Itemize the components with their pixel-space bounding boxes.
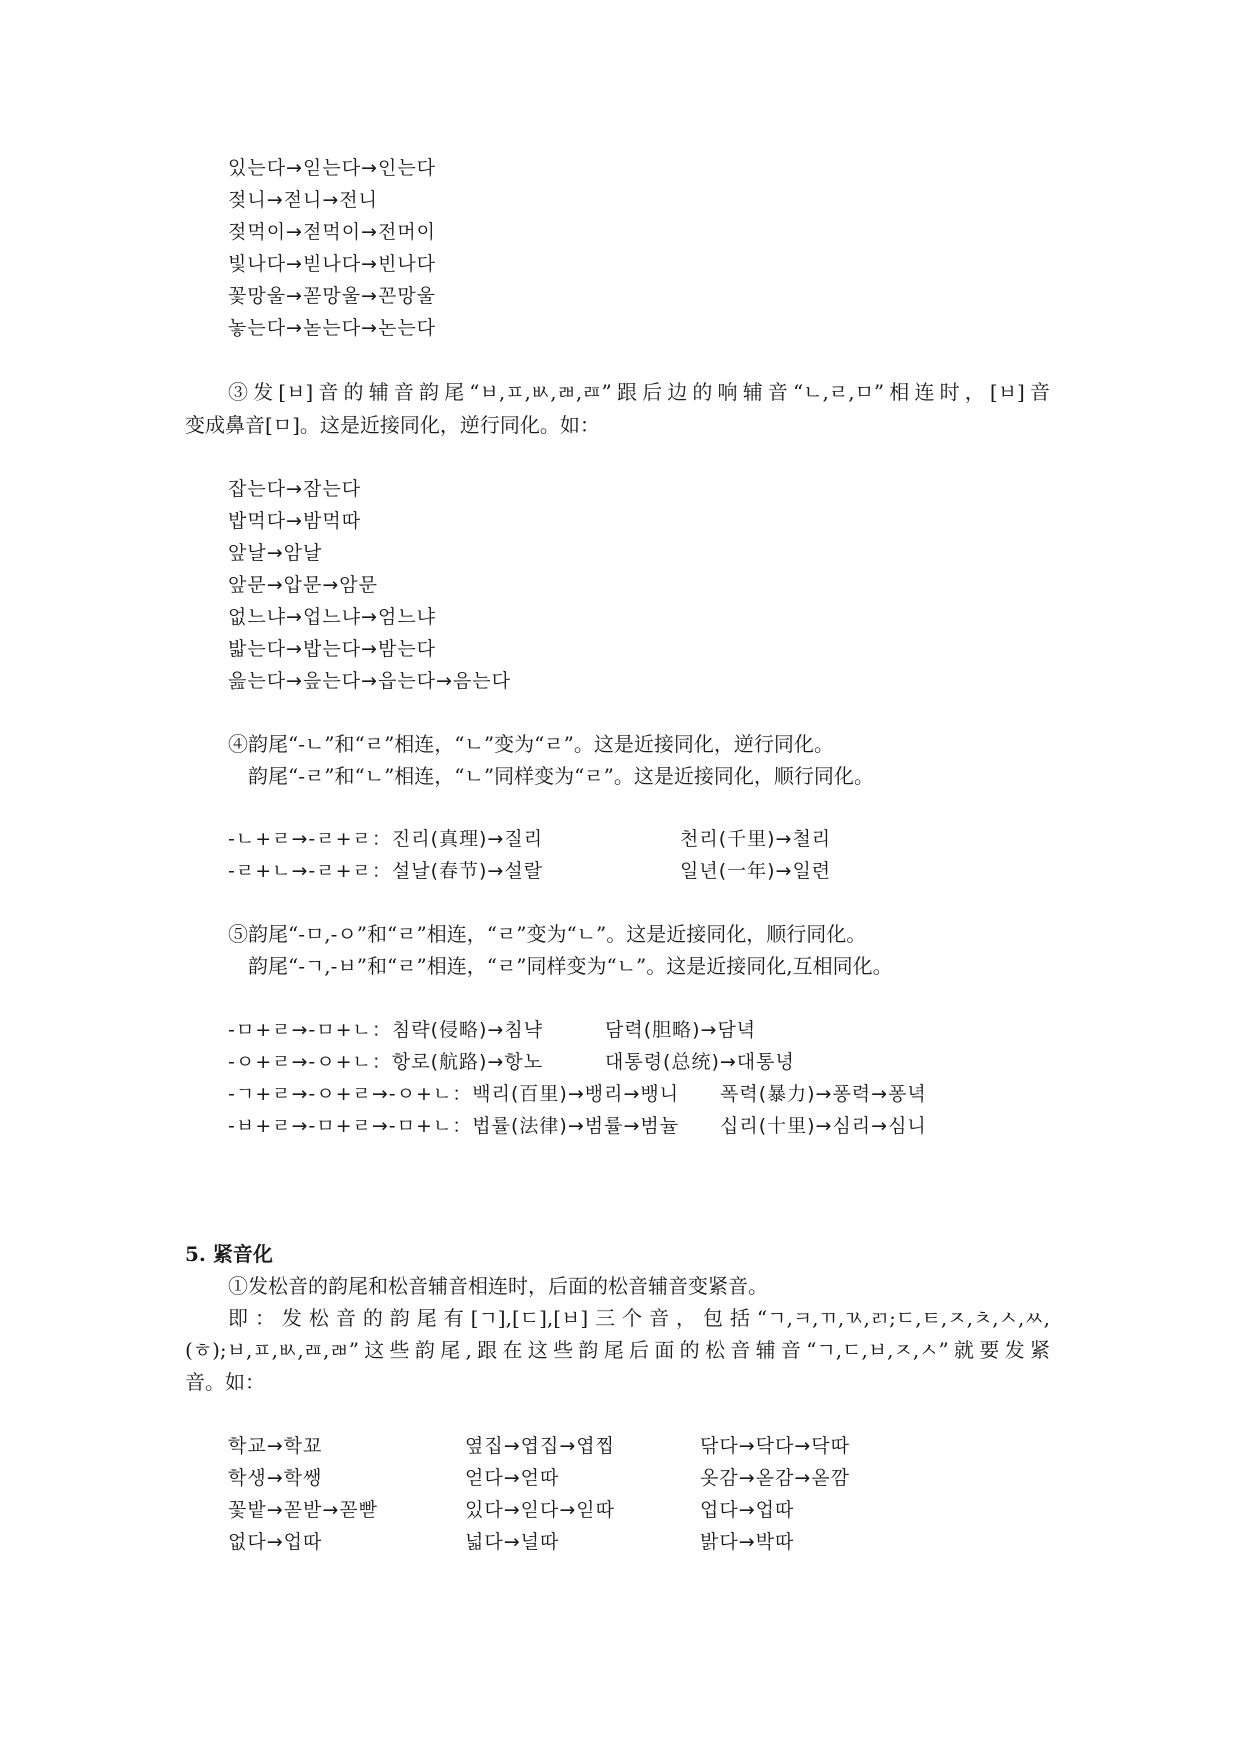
paragraph-line: ⑤韵尾“-ㅁ,-ㅇ”和“ㄹ”相连，“ㄹ”变为“ㄴ”。这是近接同化，顺行同化。 (228, 920, 866, 948)
table-cell: -ㄱ+ㄹ→-ㅇ+ㄹ→-ㅇ+ㄴ：백리(百里)→뱅리→뱅니 (228, 1080, 679, 1108)
example-row: 젖니→젇니→전니 (228, 186, 378, 214)
example-row: 없느냐→업느냐→엄느냐 (228, 603, 436, 631)
table-cell: 일년(一年)→일련 (680, 857, 831, 885)
paragraph-line: ①发松音的韵尾和松音辅音相连时，后面的松音辅音变紧音。 (228, 1272, 768, 1300)
paragraph-line: 韵尾“-ㄹ”和“ㄴ”相连，“ㄴ”同样变为“ㄹ”。这是近接同化，顺行同化。 (248, 762, 874, 790)
table-cell: 있다→읻다→읻따 (465, 1496, 615, 1524)
example-row: 앞문→압문→암문 (228, 571, 378, 599)
table-cell: 옆집→엽집→엽찝 (465, 1432, 615, 1460)
example-row: 앞날→암날 (228, 539, 322, 567)
table-cell: 대통령(总统)→대통녕 (605, 1048, 795, 1076)
table-cell: 없다→업따 (228, 1528, 322, 1556)
table-cell: -ㅂ+ㄹ→-ㅁ+ㄹ→-ㅁ+ㄴ：법률(法律)→범률→범뉼 (228, 1112, 679, 1140)
table-cell: 담력(胆略)→담녁 (605, 1016, 756, 1044)
paragraph-line: ④韵尾“-ㄴ”和“ㄹ”相连，“ㄴ”变为“ㄹ”。这是近接同化，逆行同化。 (228, 730, 834, 758)
example-row: 빛나다→빋나다→빈나다 (228, 250, 436, 278)
paragraph-line: 韵尾“-ㄱ,-ㅂ”和“ㄹ”相连，“ㄹ”同样变为“ㄴ”。这是近接同化,互相同化。 (248, 952, 893, 980)
table-cell: -ㄴ+ㄹ→-ㄹ+ㄹ：진리(真理)→질리 (228, 825, 543, 853)
table-cell: -ㅁ+ㄹ→-ㅁ+ㄴ：침략(侵略)→침냑 (228, 1016, 543, 1044)
table-cell: 꽃밭→꼳받→꼳빧 (228, 1496, 378, 1524)
paragraph-line: ③发[ㅂ]音的辅音韵尾“ㅂ,ㅍ,ㅄ,ㄼ,ㄿ”跟后边的响辅音“ㄴ,ㄹ,ㅁ”相连时，… (228, 378, 1050, 406)
paragraph-line: 即：发松音的韵尾有[ㄱ],[ㄷ],[ㅂ]三个音，包括“ㄱ,ㅋ,ㄲ,ㄳ,ㄺ;ㄷ,ㅌ… (228, 1304, 1050, 1332)
table-cell: -ㄹ+ㄴ→-ㄹ+ㄹ：설날(春节)→설랄 (228, 857, 543, 885)
section-heading: 5. 紧音化 (185, 1240, 273, 1268)
paragraph-line: (ㅎ);ㅂ,ㅍ,ㅄ,ㄿ,ㄼ”这些韵尾,跟在这些韵尾后面的松音辅音“ㄱ,ㄷ,ㅂ,ㅈ… (185, 1336, 1050, 1364)
example-row: 있는다→읻는다→인는다 (228, 154, 436, 182)
table-cell: 학교→학꾜 (228, 1432, 322, 1460)
table-cell: 얻다→얻따 (465, 1464, 559, 1492)
table-cell: 폭력(暴力)→퐁력→퐁녁 (720, 1080, 927, 1108)
example-row: 젖먹이→젇먹이→전머이 (228, 218, 436, 246)
table-cell: 천리(千里)→철리 (680, 825, 831, 853)
table-cell: -ㅇ+ㄹ→-ㅇ+ㄴ：항로(航路)→항노 (228, 1048, 543, 1076)
paragraph-line: 变成鼻音[ㅁ]。这是近接同化，逆行同化。如： (185, 411, 600, 439)
example-row: 잡는다→잠는다 (228, 475, 361, 503)
table-cell: 옷감→옫감→옫깜 (700, 1464, 850, 1492)
table-cell: 넓다→널따 (465, 1528, 559, 1556)
example-row: 밟는다→밥는다→밤는다 (228, 635, 436, 663)
table-cell: 업다→업따 (700, 1496, 794, 1524)
example-row: 꽃망울→꼳망울→꼰망울 (228, 282, 436, 310)
table-cell: 십리(十里)→심리→심니 (720, 1112, 927, 1140)
example-row: 읊는다→읖는다→읍는다→음는다 (228, 667, 511, 695)
table-cell: 밝다→박따 (700, 1528, 794, 1556)
example-row: 놓는다→녿는다→논는다 (228, 314, 436, 342)
table-cell: 닦다→닥다→닥따 (700, 1432, 850, 1460)
table-cell: 학생→학쌩 (228, 1464, 322, 1492)
paragraph-line: 音。如： (185, 1368, 265, 1396)
example-row: 밥먹다→밤먹따 (228, 507, 361, 535)
